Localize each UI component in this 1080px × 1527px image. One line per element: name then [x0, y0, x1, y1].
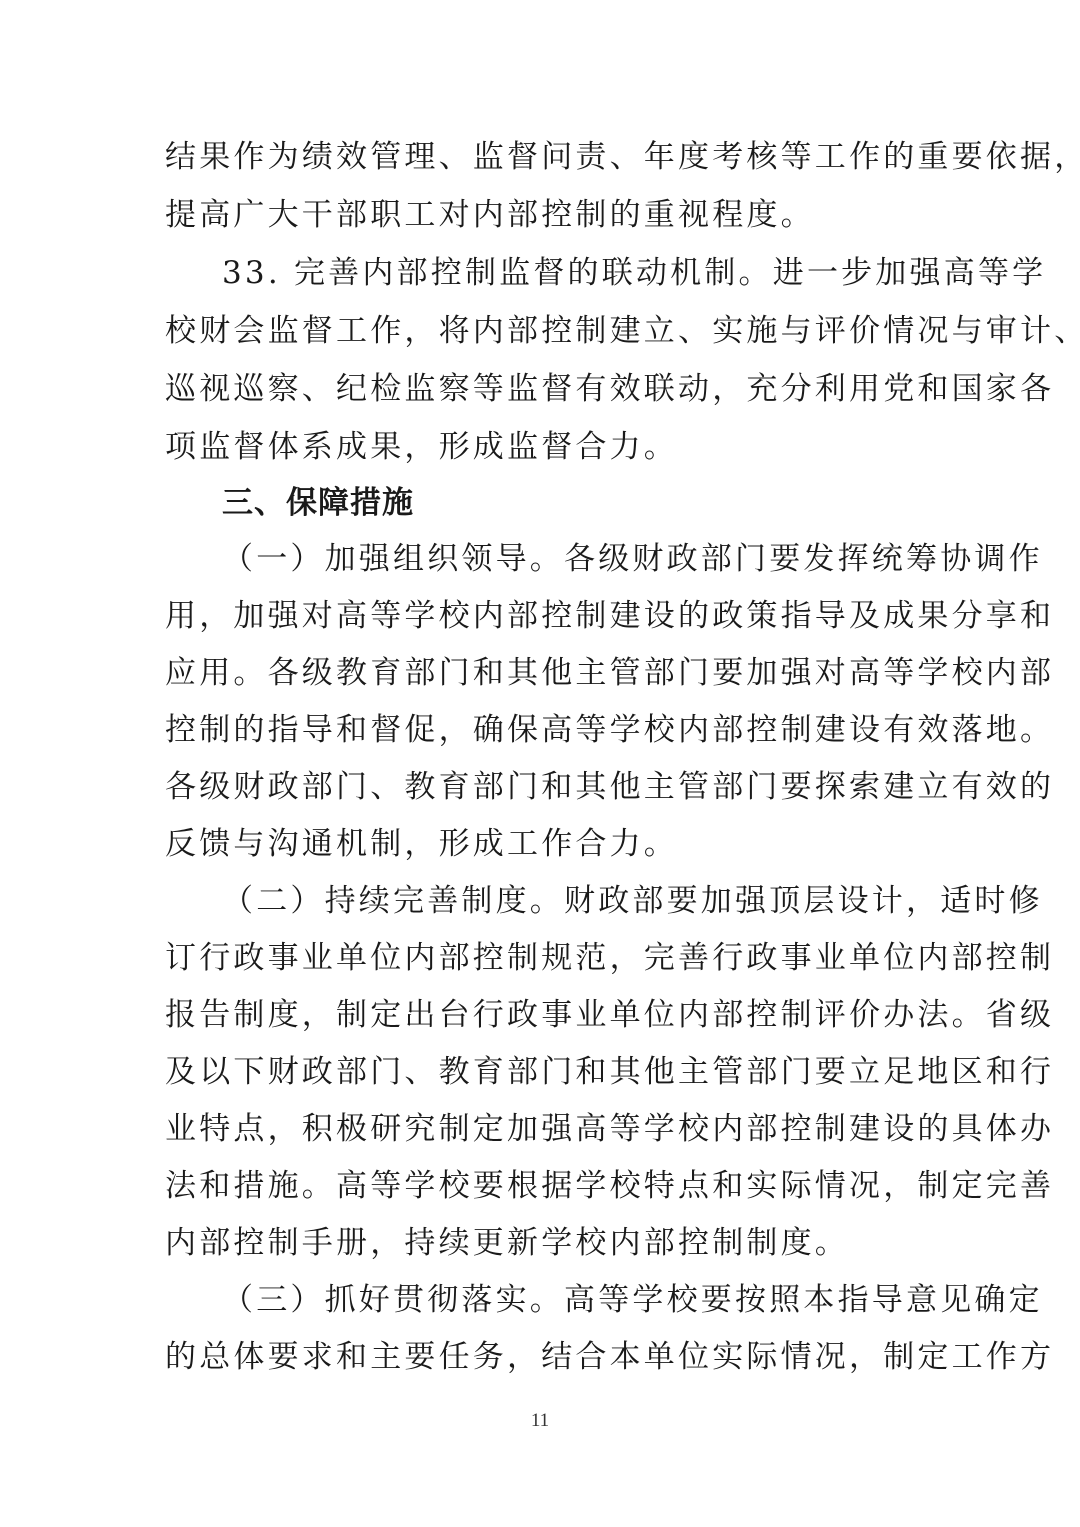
section-heading: 三、保障措施 [222, 474, 414, 532]
text-line: 校财会监督工作，将内部控制建立、实施与评价情况与审计、 [165, 302, 917, 360]
text-line: 报告制度，制定出台行政事业单位内部控制评价办法。省级 [165, 986, 917, 1044]
text-line: 法和措施。高等学校要根据学校特点和实际情况，制定完善 [165, 1157, 917, 1215]
text-line: 订行政事业单位内部控制规范，完善行政事业单位内部控制 [165, 929, 917, 987]
text-line: 的总体要求和主要任务，结合本单位实际情况，制定工作方 [165, 1328, 917, 1386]
text-line: 应用。各级教育部门和其他主管部门要加强对高等学校内部 [165, 644, 917, 702]
page-number: 11 [0, 1410, 1080, 1432]
text-line: 业特点，积极研究制定加强高等学校内部控制建设的具体办 [165, 1100, 917, 1158]
text-line: 反馈与沟通机制，形成工作合力。 [165, 815, 917, 873]
text-line: 各级财政部门、教育部门和其他主管部门要探索建立有效的 [165, 758, 917, 816]
text-line: 提高广大干部职工对内部控制的重视程度。 [165, 186, 917, 244]
text-line: 项监督体系成果，形成监督合力。 [165, 418, 917, 476]
subsection-2-title-line: （二）持续完善制度。财政部要加强顶层设计，适时修 [222, 872, 917, 930]
text-line: 结果作为绩效管理、监督问责、年度考核等工作的重要依据， [165, 128, 917, 186]
document-page: 结果作为绩效管理、监督问责、年度考核等工作的重要依据， 提高广大干部职工对内部控… [0, 0, 1080, 1527]
subsection-1-title-line: （一）加强组织领导。各级财政部门要发挥统筹协调作 [222, 530, 917, 588]
item-33-title-line: 33. 完善内部控制监督的联动机制。进一步加强高等学 [222, 244, 917, 302]
subsection-3-title-line: （三）抓好贯彻落实。高等学校要按照本指导意见确定 [222, 1271, 917, 1329]
text-line: 控制的指导和督促，确保高等学校内部控制建设有效落地。 [165, 701, 917, 759]
text-line: 内部控制手册，持续更新学校内部控制制度。 [165, 1214, 917, 1272]
text-line: 及以下财政部门、教育部门和其他主管部门要立足地区和行 [165, 1043, 917, 1101]
text-line: 巡视巡察、纪检监察等监督有效联动，充分利用党和国家各 [165, 360, 917, 418]
text-line: 用，加强对高等学校内部控制建设的政策指导及成果分享和 [165, 587, 917, 645]
